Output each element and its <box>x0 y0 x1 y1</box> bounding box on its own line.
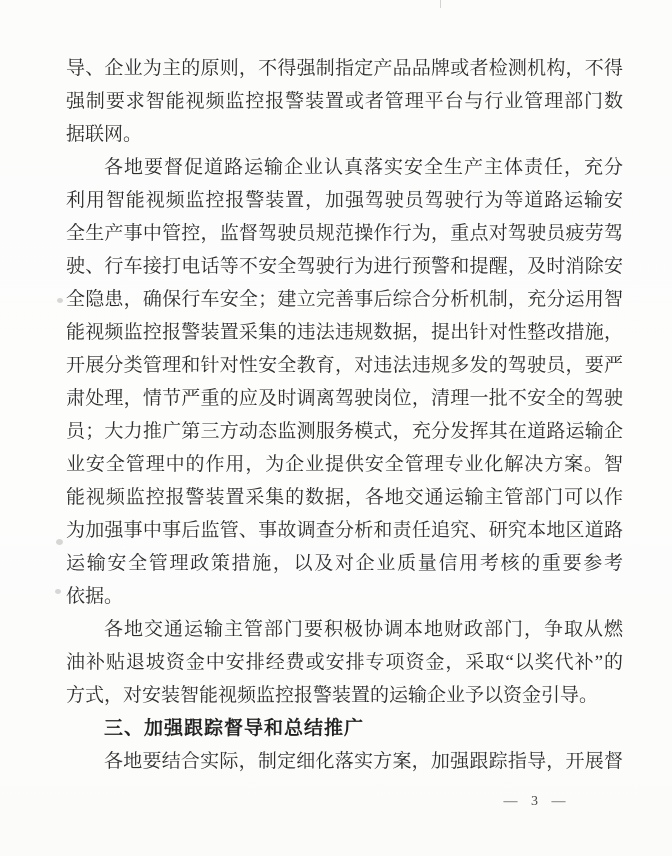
text-line: 能视频监控报警装置采集的数据，各地交通运输主管部门可以作 <box>66 481 623 514</box>
document-page: 导、企业为主的原则，不得强制指定产品品牌或者检测机构，不得 强制要求智能视频监控… <box>0 0 672 856</box>
text-line: 各地交通运输主管部门要积极协调本地财政部门，争取从燃 <box>66 613 623 646</box>
scan-speck <box>440 0 441 8</box>
text-line: 各地要结合实际，制定细化落实方案，加强跟踪指导，开展督 <box>66 745 623 778</box>
text-line: 方式，对安装智能视频监控报警装置的运输企业予以资金引导。 <box>66 679 623 712</box>
text-line: 为加强事中事后监管、事故调查分析和责任追究、研究本地区道路 <box>66 514 623 547</box>
scan-speck <box>56 539 63 545</box>
text-line: 全生产事中管控，监督驾驶员规范操作行为，重点对驾驶员疲劳驾 <box>66 217 623 250</box>
text-line: 业安全管理中的作用，为企业提供安全管理专业化解决方案。智 <box>66 448 623 481</box>
text-line: 全隐患，确保行车安全；建立完善事后综合分析机制，充分运用智 <box>66 283 623 316</box>
text-line: 能视频监控报警装置采集的违法违规数据，提出针对性整改措施， <box>66 316 623 349</box>
page-number: — 3 — <box>492 794 582 810</box>
text-line: 开展分类管理和针对性安全教育，对违法违规多发的驾驶员，要严 <box>66 349 623 382</box>
text-line: 据联网。 <box>66 118 623 151</box>
text-line: 导、企业为主的原则，不得强制指定产品品牌或者检测机构，不得 <box>66 52 623 85</box>
scan-speck <box>57 298 63 303</box>
section-heading: 三、加强跟踪督导和总结推广 <box>66 712 623 745</box>
scan-speck <box>55 589 61 594</box>
text-line: 油补贴退坡资金中安排经费或安排专项资金，采取“以奖代补”的 <box>66 646 623 679</box>
text-line: 各地要督促道路运输企业认真落实安全生产主体责任，充分 <box>66 151 623 184</box>
text-line: 依据。 <box>66 580 623 613</box>
text-line: 肃处理，情节严重的应及时调离驾驶岗位，清理一批不安全的驾驶 <box>66 382 623 415</box>
text-line: 利用智能视频监控报警装置，加强驾驶员驾驶行为等道路运输安 <box>66 184 623 217</box>
text-line: 员；大力推广第三方动态监测服务模式，充分发挥其在道路运输企 <box>66 415 623 448</box>
text-line: 驶、行车接打电话等不安全驾驶行为进行预警和提醒，及时消除安 <box>66 250 623 283</box>
text-line: 运输安全管理政策措施，以及对企业质量信用考核的重要参考 <box>66 547 623 580</box>
document-text: 导、企业为主的原则，不得强制指定产品品牌或者检测机构，不得 强制要求智能视频监控… <box>66 52 623 778</box>
text-line: 强制要求智能视频监控报警装置或者管理平台与行业管理部门数 <box>66 85 623 118</box>
